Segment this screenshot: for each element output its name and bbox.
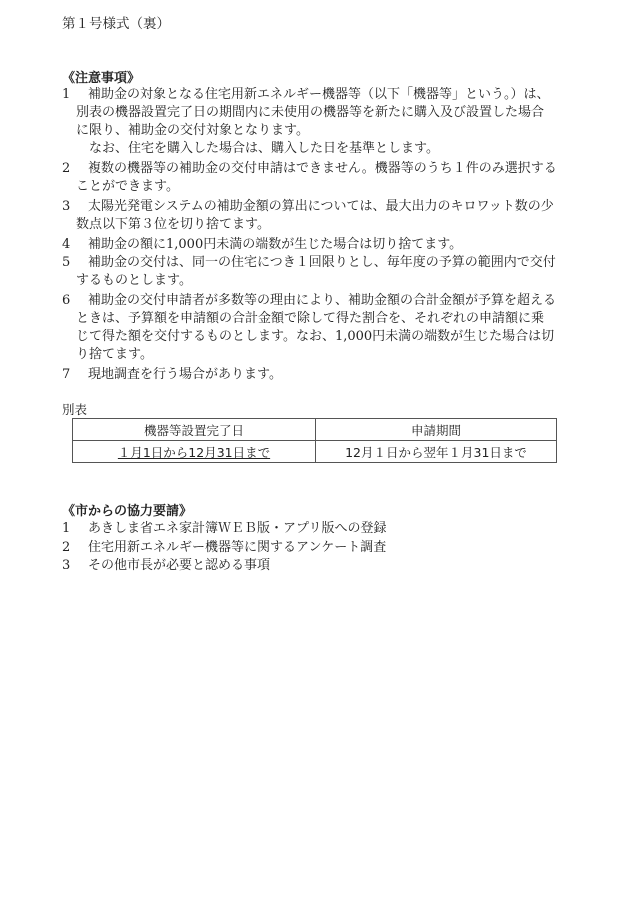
note-item-7: 7現地調査を行う場合があります。 — [62, 366, 282, 383]
header-application-period: 申請期間 — [316, 419, 557, 441]
note-item-2-line-2: ことができます。 — [76, 178, 179, 195]
cooperation-text: 住宅用新エネルギー機器等に関するアンケート調査 — [88, 540, 386, 555]
form-title: 第１号様式（裏） — [62, 12, 170, 32]
table-row: １月1日から12月31日まで 12月１日から翌年１月31日まで — [73, 441, 557, 463]
note-text: 補助金の交付申請者が多数等の理由により、補助金額の合計金額が予算を超える — [88, 293, 556, 308]
cell-application-period: 12月１日から翌年１月31日まで — [316, 441, 557, 463]
note-item-1: 1補助金の対象となる住宅用新エネルギー機器等（以下「機器等」という。）は、 — [62, 86, 550, 103]
note-item-6-line-4: り捨てます。 — [76, 346, 153, 363]
notes-heading: 《注意事項》 — [62, 67, 140, 86]
note-item-1-line-4: なお、住宅を購入した場合は、購入した日を基準とします。 — [89, 140, 439, 157]
note-number: 2 — [62, 160, 88, 177]
note-item-3: 3太陽光発電システムの補助金額の算出については、最大出力のキロワット数の少 — [62, 198, 554, 215]
cooperation-number: 2 — [62, 539, 88, 556]
note-text: 複数の機器等の補助金の交付申請はできません。機器等のうち１件のみ選択する — [88, 161, 557, 176]
note-text: 補助金の対象となる住宅用新エネルギー機器等（以下「機器等」という。）は、 — [88, 87, 550, 102]
note-item-6: 6補助金の交付申請者が多数等の理由により、補助金額の合計金額が予算を超える — [62, 292, 556, 309]
note-text: 現地調査を行う場合があります。 — [88, 367, 282, 382]
cooperation-item-2: 2住宅用新エネルギー機器等に関するアンケート調査 — [62, 539, 386, 556]
cooperation-number: 1 — [62, 520, 88, 537]
note-number: 7 — [62, 366, 88, 383]
note-item-2: 2複数の機器等の補助金の交付申請はできません。機器等のうち１件のみ選択する — [62, 160, 557, 177]
note-text: 太陽光発電システムの補助金額の算出については、最大出力のキロワット数の少 — [88, 199, 554, 214]
cooperation-item-3: 3その他市長が必要と認める事項 — [62, 557, 270, 574]
cooperation-number: 3 — [62, 557, 88, 574]
note-item-3-line-2: 数点以下第３位を切り捨てます。 — [76, 216, 270, 233]
note-item-5-line-2: するものとします。 — [76, 272, 192, 289]
cell-installation-date: １月1日から12月31日まで — [73, 441, 316, 463]
note-number: 1 — [62, 86, 88, 103]
cooperation-text: あきしま省エネ家計簿ＷＥＢ版・アプリ版への登録 — [88, 521, 386, 536]
cooperation-text: その他市長が必要と認める事項 — [88, 558, 270, 573]
note-item-4: 4補助金の額に1,000円未満の端数が生じた場合は切り捨てます。 — [62, 236, 462, 253]
note-item-6-line-3: じて得た額を交付するものとします。なお、1,000円未満の端数が生じた場合は切 — [76, 328, 554, 345]
note-number: 4 — [62, 236, 88, 253]
schedule-table: 機器等設置完了日 申請期間 １月1日から12月31日まで 12月１日から翌年１月… — [72, 418, 557, 463]
note-number: 3 — [62, 198, 88, 215]
schedule-table-label: 別表 — [62, 400, 87, 418]
note-item-1-line-3: に限り、補助金の交付対象となります。 — [76, 122, 309, 139]
cooperation-heading: 《市からの協力要請》 — [62, 500, 192, 519]
installation-date-value: １月1日から12月31日まで — [118, 445, 270, 460]
header-installation-date: 機器等設置完了日 — [73, 419, 316, 441]
note-text: 補助金の額に1,000円未満の端数が生じた場合は切り捨てます。 — [88, 237, 462, 252]
note-item-1-line-2: 別表の機器設置完了日の期間内に未使用の機器等を新たに購入及び設置した場合 — [76, 104, 544, 121]
note-item-5: 5補助金の交付は、同一の住宅につき１回限りとし、毎年度の予算の範囲内で交付 — [62, 254, 556, 271]
table-header-row: 機器等設置完了日 申請期間 — [73, 419, 557, 441]
note-text: 補助金の交付は、同一の住宅につき１回限りとし、毎年度の予算の範囲内で交付 — [88, 255, 556, 270]
note-number: 5 — [62, 254, 88, 271]
cooperation-item-1: 1あきしま省エネ家計簿ＷＥＢ版・アプリ版への登録 — [62, 520, 386, 537]
note-number: 6 — [62, 292, 88, 309]
note-item-6-line-2: ときは、予算額を申請額の合計金額で除して得た割合を、それぞれの申請額に乗 — [76, 310, 544, 327]
